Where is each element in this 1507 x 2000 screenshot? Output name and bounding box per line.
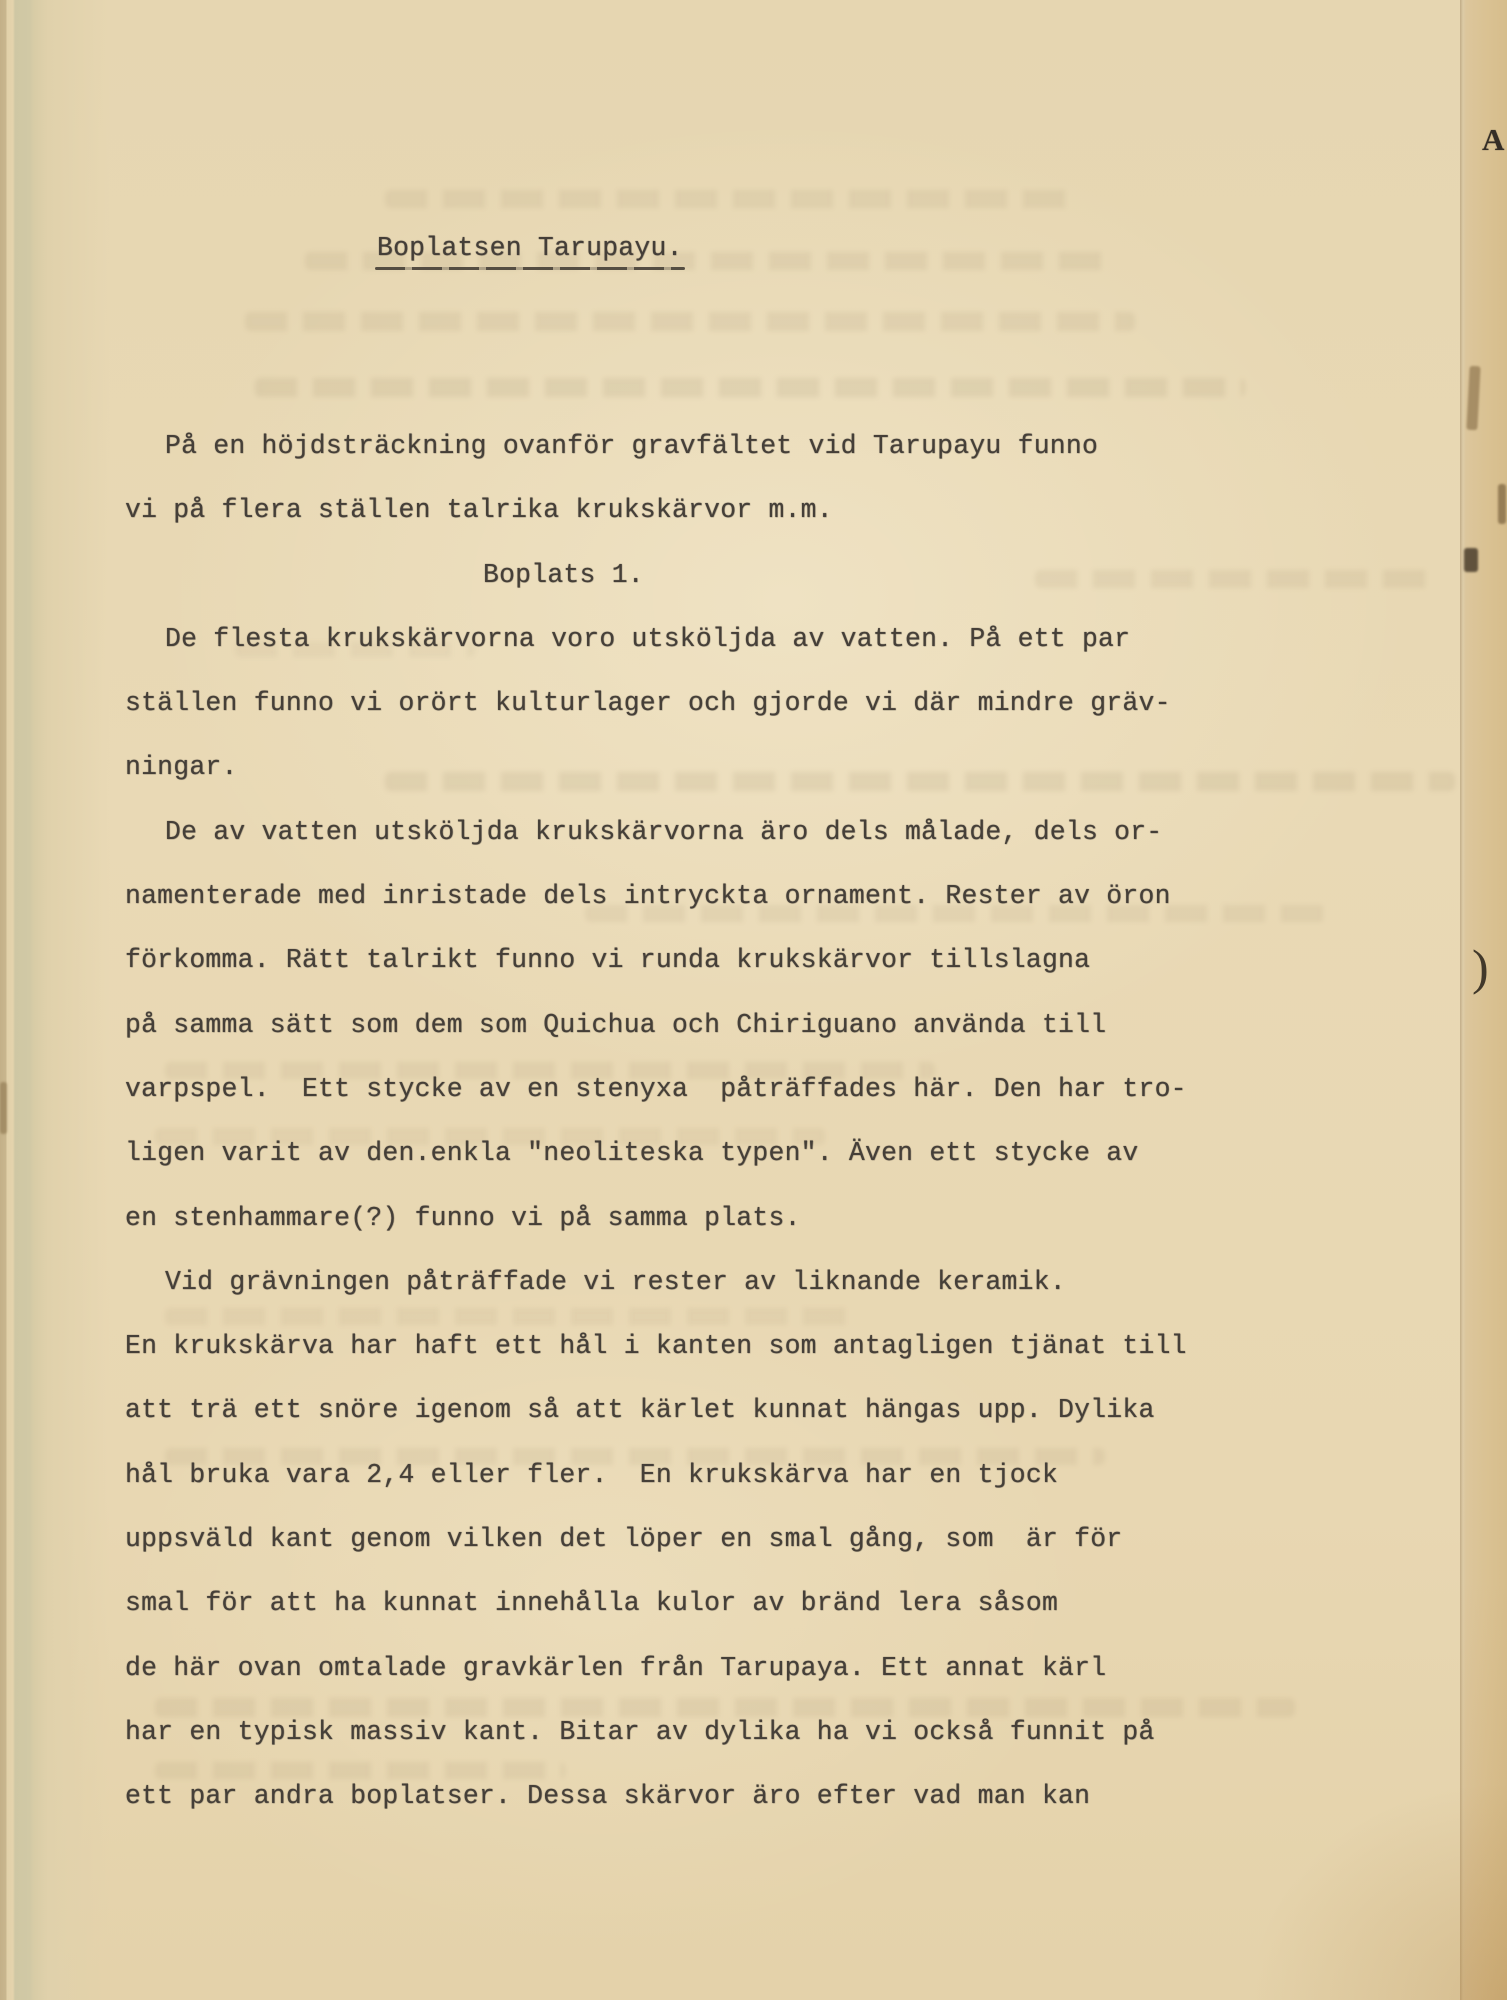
- text-line: ställen funno vi orört kulturlager och g…: [125, 671, 1265, 735]
- text-line: förkomma. Rätt talrikt funno vi runda kr…: [125, 928, 1265, 992]
- text-line: Vid grävningen påträffade vi rester av l…: [125, 1250, 1265, 1314]
- margin-paren-mark: ): [1472, 938, 1489, 996]
- bleed-through-smudge: [255, 378, 1245, 397]
- text-line: en stenhammare(?) funno vi på samma plat…: [125, 1186, 1265, 1250]
- scanned-page: A ) Boplatsen Tarupayu. På en höjdsträck…: [0, 0, 1507, 2000]
- typed-body: På en höjdsträckning ovanför gravfältet …: [125, 414, 1265, 1829]
- text-line: På en höjdsträckning ovanför gravfältet …: [125, 414, 1265, 478]
- text-line: En krukskärva har haft ett hål i kanten …: [125, 1314, 1265, 1378]
- text-line: vi på flera ställen talrika krukskärvor …: [125, 478, 1265, 542]
- text-line: de här ovan omtalade gravkärlen från Tar…: [125, 1636, 1265, 1700]
- edge-stain: [1498, 484, 1506, 524]
- text-line: Boplats 1.: [125, 543, 1265, 607]
- text-line: på samma sätt som dem som Quichua och Ch…: [125, 993, 1265, 1057]
- text-line: De flesta krukskärvorna voro utsköljda a…: [125, 607, 1265, 671]
- text-line: att trä ett snöre igenom så att kärlet k…: [125, 1378, 1265, 1442]
- document-title: Boplatsen Tarupayu.: [377, 233, 683, 270]
- corner-shade: [1247, 1780, 1507, 2000]
- text-line: varpspel. Ett stycke av en stenyxa påträ…: [125, 1057, 1265, 1121]
- edge-stain: [0, 1082, 7, 1134]
- text-line: ett par andra boplatser. Dessa skärvor ä…: [125, 1764, 1265, 1828]
- edge-stain: [1464, 548, 1478, 572]
- text-line: De av vatten utsköljda krukskärvorna äro…: [125, 800, 1265, 864]
- bleed-through-smudge: [385, 190, 1075, 208]
- bleed-through-smudge: [245, 312, 1135, 331]
- text-line: hål bruka vara 2,4 eller fler. En kruksk…: [125, 1443, 1265, 1507]
- text-line: smal för att ha kunnat innehålla kulor a…: [125, 1571, 1265, 1635]
- binding-edge-left: [0, 0, 120, 2000]
- text-line: ningar.: [125, 735, 1265, 799]
- page-edge-right: [1460, 0, 1507, 2000]
- text-line: namenterade med inristade dels intryckta…: [125, 864, 1265, 928]
- text-line: har en typisk massiv kant. Bitar av dyli…: [125, 1700, 1265, 1764]
- text-line: uppsväld kant genom vilken det löper en …: [125, 1507, 1265, 1571]
- corner-letter: A: [1482, 122, 1504, 158]
- text-line: ligen varit av den.enkla "neoliteska typ…: [125, 1121, 1265, 1185]
